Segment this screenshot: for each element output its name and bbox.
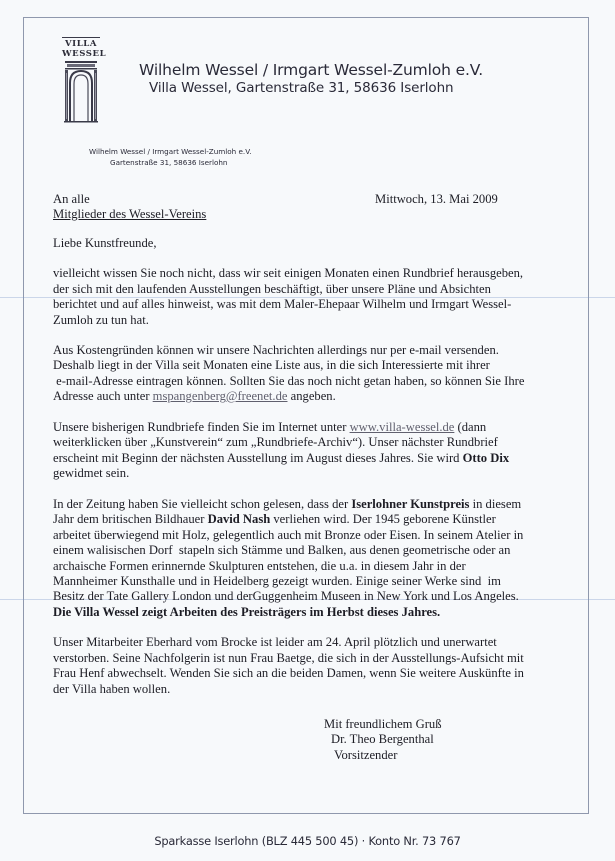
logo-text-wessel: WESSEL	[62, 49, 100, 59]
paragraph-line: Unsere bisherigen Rundbriefe finden Sie …	[53, 420, 486, 435]
text-fragment: Jahr dem britischen Bildhauer	[53, 512, 208, 526]
logo-top-rule	[62, 37, 100, 38]
bank-details-footer: Sparkasse Iserlohn (BLZ 445 500 45) · Ko…	[0, 834, 615, 848]
paragraph-line: einem walisischen Dorf stapeln sich Stäm…	[53, 543, 510, 558]
paragraph-line: verstorben. Seine Nachfolgerin ist nun F…	[53, 651, 524, 666]
paragraph-line: Besitz der Tate Gallery London und derGu…	[53, 589, 519, 604]
paragraph-line: archaische Formen erinnernde Skulpturen …	[53, 559, 466, 574]
paragraph-line: In der Zeitung haben Sie vielleicht scho…	[53, 497, 521, 512]
paragraph-line: arbeitet überwiegend mit Holz, gelegentl…	[53, 528, 523, 543]
organization-address: Villa Wessel, Gartenstraße 31, 58636 Ise…	[149, 80, 454, 96]
paragraph-line: berichtet und auf alles hinweist, was mi…	[53, 297, 511, 312]
return-address-line2: Gartenstraße 31, 58636 Iserlohn	[110, 158, 228, 167]
text-fragment: in diesem	[469, 497, 521, 511]
paragraph-line: e-mail-Adresse eintragen können. Sollten…	[53, 374, 524, 389]
paragraph-line: Jahr dem britischen Bildhauer David Nash…	[53, 512, 496, 527]
text-fragment: angeben.	[287, 389, 335, 403]
closing-phrase: Mit freundlichem Gruß	[324, 717, 442, 732]
text-fragment: Unsere bisherigen Rundbriefe finden Sie …	[53, 420, 350, 434]
paragraph-line: Unser Mitarbeiter Eberhard vom Brocke is…	[53, 635, 497, 650]
paragraph-line: Frau Henf abwechselt. Wenden Sie sich an…	[53, 666, 524, 681]
recipient-line2: Mitglieder des Wessel-Vereins	[53, 207, 206, 222]
text-fragment: verliehen wird. Der 1945 geborene Künstl…	[270, 512, 496, 526]
signer-title: Vorsitzender	[334, 748, 397, 763]
paragraph-line: Zumloh zu tun hat.	[53, 313, 149, 328]
paragraph-line: gewidmet sein.	[53, 466, 129, 481]
text-fragment: In der Zeitung haben Sie vielleicht scho…	[53, 497, 351, 511]
text-fragment: (dann	[454, 420, 486, 434]
text-fragment: erscheint mit Beginn der nächsten Ausste…	[53, 451, 463, 465]
artist-name-otto-dix: Otto Dix	[463, 451, 510, 465]
signer-name: Dr. Theo Bergenthal	[331, 732, 434, 747]
paragraph-line: Mannheimer Kunsthalle und in Heidelberg …	[53, 574, 501, 589]
artist-name-david-nash: David Nash	[208, 512, 271, 526]
paragraph-line: erscheint mit Beginn der nächsten Ausste…	[53, 451, 509, 466]
portal-arch-icon	[64, 61, 98, 123]
paragraph-line: weiterklicken über „Kunstverein“ zum „Ru…	[53, 435, 498, 450]
text-fragment: Adresse auch unter	[53, 389, 153, 403]
villa-wessel-logo: VILLA WESSEL	[62, 37, 100, 125]
paragraph-line: der sich mit den laufenden Ausstellungen…	[53, 282, 491, 297]
salutation: Liebe Kunstfreunde,	[53, 236, 157, 251]
email-link[interactable]: mspangenberg@freenet.de	[153, 389, 288, 403]
paragraph-line: der Villa haben wollen.	[53, 682, 170, 697]
return-address-line1: Wilhelm Wessel / Irmgart Wessel-Zumloh e…	[89, 147, 252, 156]
paragraph-line: Deshalb liegt in der Villa seit Monaten …	[53, 358, 490, 373]
paragraph-line: Adresse auch unter mspangenberg@freenet.…	[53, 389, 336, 404]
prize-name: Iserlohner Kunstpreis	[351, 497, 469, 511]
recipient-line1: An alle	[53, 192, 90, 207]
paragraph-line: vielleicht wissen Sie noch nicht, dass w…	[53, 266, 523, 281]
website-link[interactable]: www.villa-wessel.de	[350, 420, 455, 434]
logo-text-villa: VILLA	[62, 39, 100, 49]
letter-date: Mittwoch, 13. Mai 2009	[375, 192, 498, 207]
organization-name: Wilhelm Wessel / Irmgart Wessel-Zumloh e…	[139, 61, 483, 79]
paragraph-closing-bold: Die Villa Wessel zeigt Arbeiten des Prei…	[53, 605, 440, 620]
paragraph-line: Aus Kostengründen können wir unsere Nach…	[53, 343, 499, 358]
